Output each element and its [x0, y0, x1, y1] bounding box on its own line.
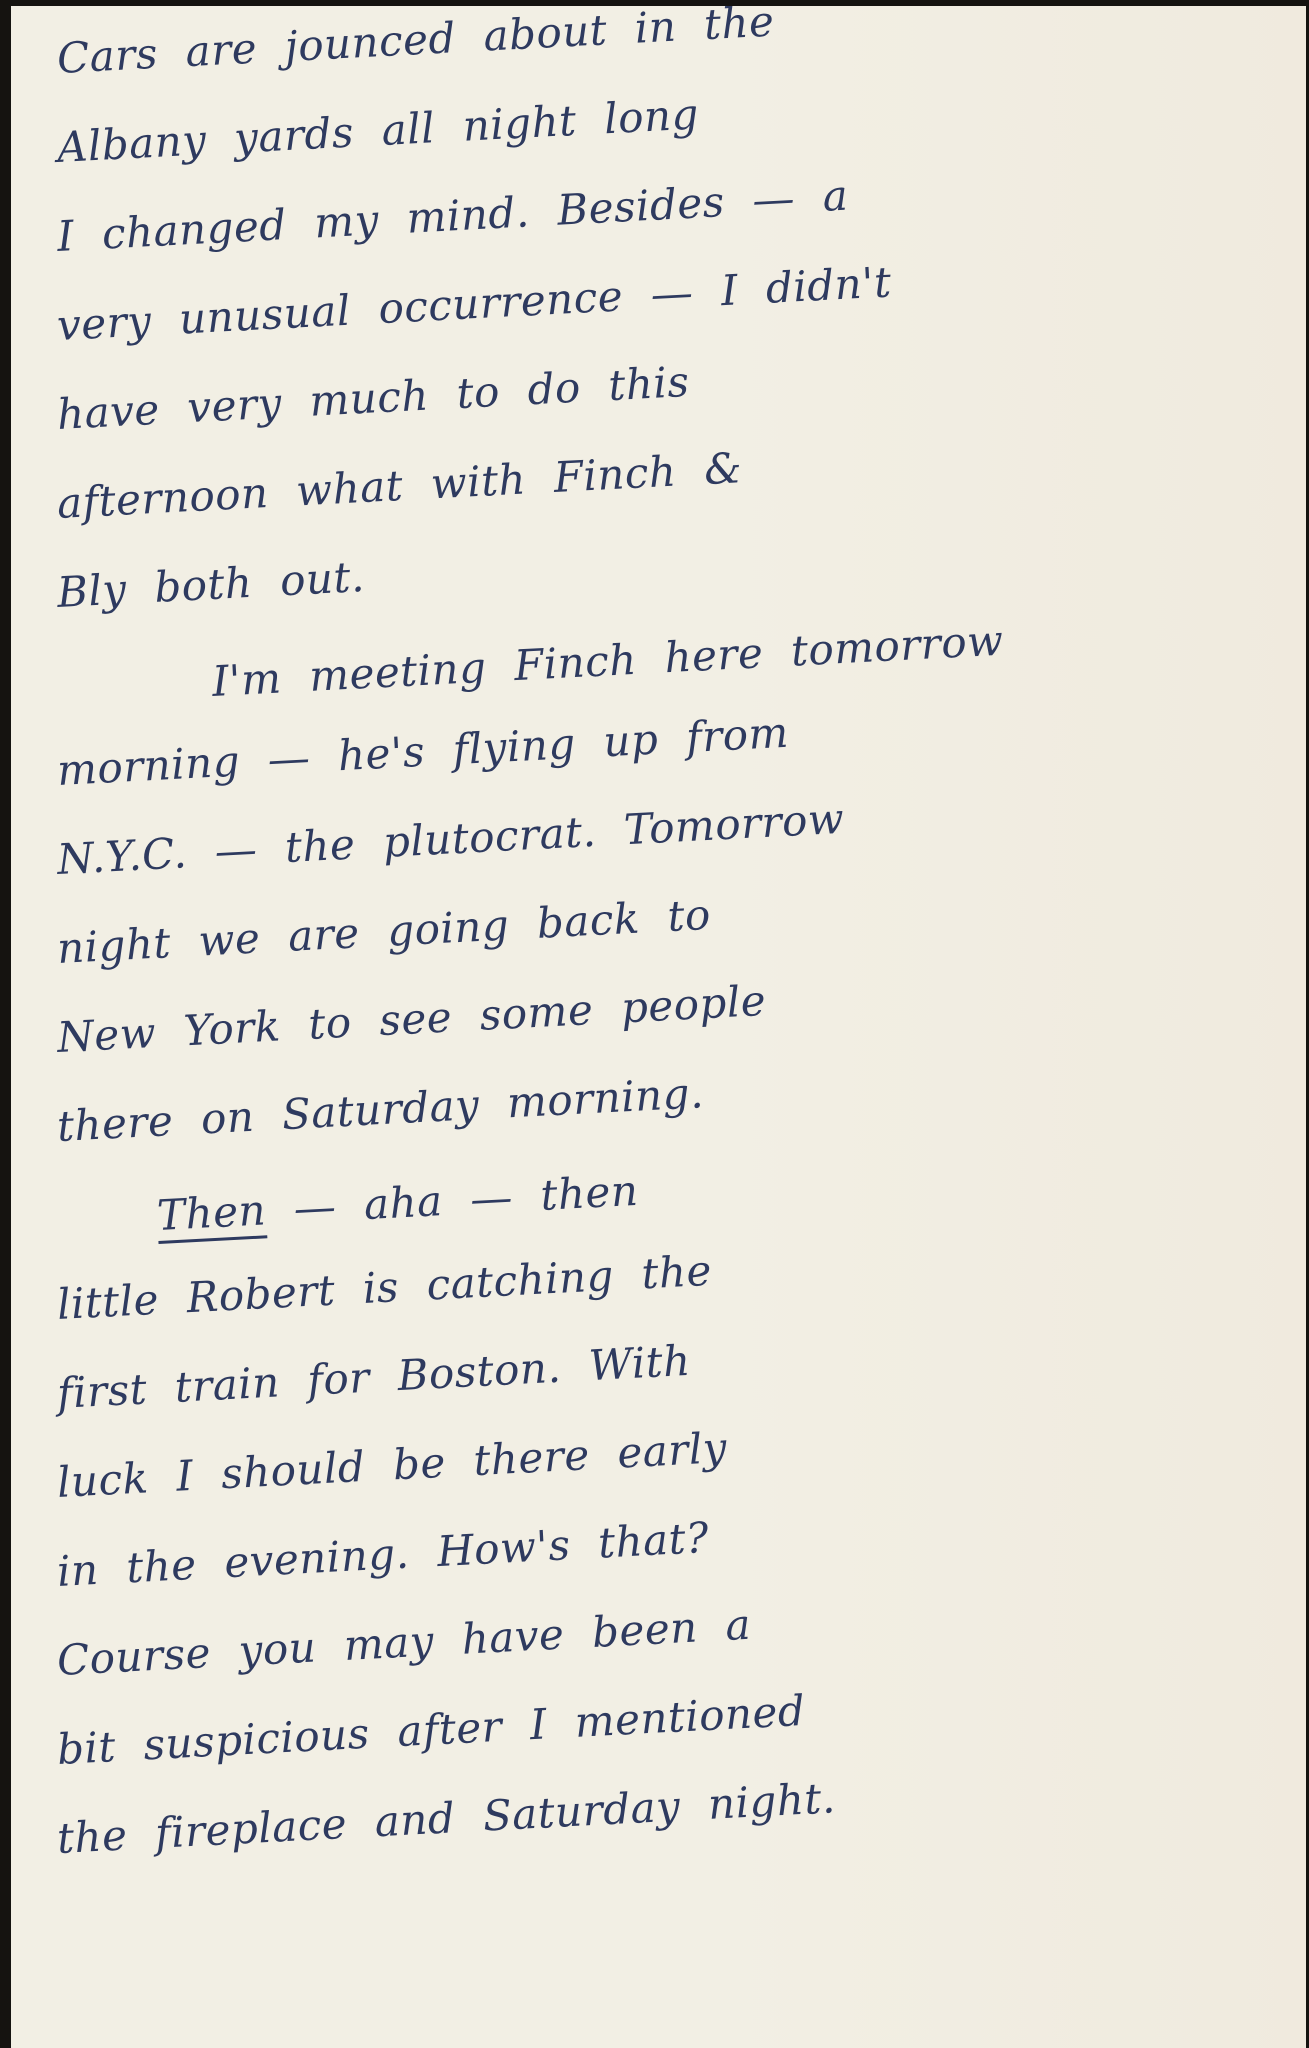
- underlined-word: Then: [156, 1185, 267, 1240]
- letter-page: Cars are jounced about in the Albany yar…: [0, 0, 1309, 2048]
- letter-line: the fireplace and Saturday night.: [58, 1794, 1279, 1883]
- letter-line-text: Bly both out.: [55, 532, 367, 637]
- scan-top-edge: [0, 0, 1309, 6]
- letter-line-text: — aha — then: [265, 1166, 640, 1234]
- letter-line: there on Saturday morning.: [58, 1082, 1279, 1171]
- scan-left-edge: [0, 0, 11, 2048]
- letter-body: Cars are jounced about in the Albany yar…: [58, 14, 1279, 1883]
- letter-line: afternoon what with Finch &: [58, 459, 1279, 548]
